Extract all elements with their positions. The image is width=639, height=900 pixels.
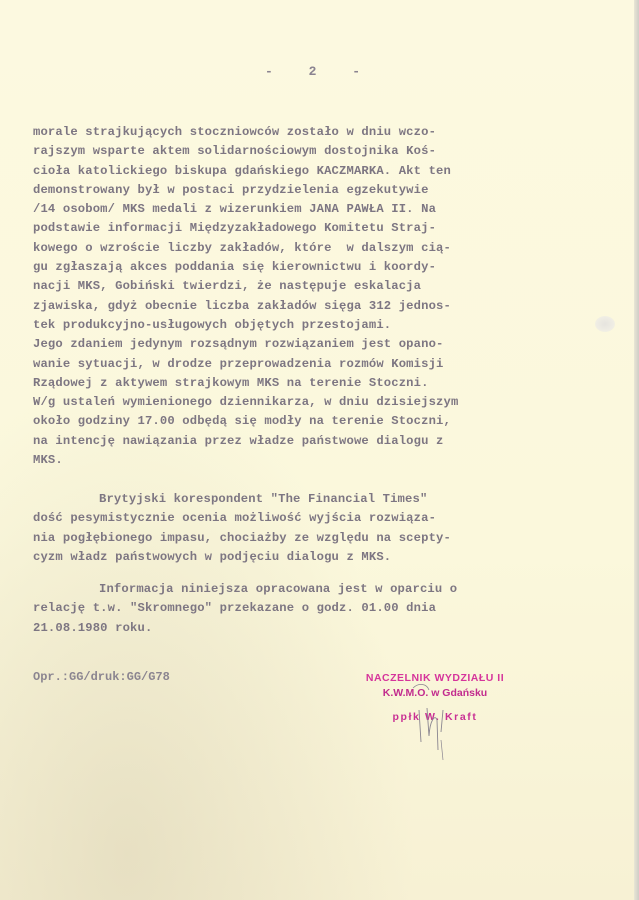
text-line: około godziny 17.00 odbędą się modły na … [33, 412, 458, 431]
text-line: 21.08.1980 roku. [33, 619, 457, 638]
text-line: /14 osobom/ MKS medali z wizerunkiem JAN… [33, 200, 458, 219]
text-line: morale strajkujących stoczniowców został… [33, 123, 458, 142]
text-line: podstawie informacji Międzyzakładowego K… [33, 219, 458, 238]
text-line: cyzm władz państwowych w podjęciu dialog… [33, 548, 451, 567]
text-line: nia pogłębionego impasu, chociażby ze wz… [33, 529, 451, 548]
text-line: kowego o wzroście liczby zakładów, które… [33, 239, 458, 258]
text-line: Rządowej z aktywem strajkowym MKS na ter… [33, 374, 458, 393]
text-line: dość pesymistycznie ocenia możliwość wyj… [33, 509, 451, 528]
text-line: Jego zdaniem jedynym rozsądnym rozwiązan… [33, 335, 458, 354]
text-line: cioła katolickiego biskupa gdańskiego KA… [33, 162, 458, 181]
punch-hole-mark [595, 316, 615, 332]
text-line: na intencję nawiązania przez władze pańs… [33, 432, 458, 451]
paragraph-source-info: Informacja niniejsza opracowana jest w o… [33, 580, 457, 638]
text-line: wanie sytuacji, w drodze przeprowadzenia… [33, 355, 458, 374]
document-reference: Opr.:GG/druk:GG/G78 [33, 670, 170, 684]
text-line: relację t.w. "Skromnego" przekazane o go… [33, 599, 457, 618]
handwritten-signature-icon [405, 680, 465, 760]
text-line: W/g ustaleń wymienionego dziennikarza, w… [33, 393, 458, 412]
text-line: MKS. [33, 451, 458, 470]
text-line: tek produkcyjno-usługowych objętych prze… [33, 316, 458, 335]
page-edge-shadow [634, 0, 639, 900]
text-line: Informacja niniejsza opracowana jest w o… [33, 580, 457, 599]
page-number: - 2 - [0, 64, 639, 79]
text-line: nacji MKS, Gobiński twierdzi, że następu… [33, 277, 458, 296]
paragraph-body-1: morale strajkujących stoczniowców został… [33, 123, 458, 470]
paragraph-financial-times: Brytyjski korespondent "The Financial Ti… [33, 490, 451, 567]
text-line: zjawiska, gdyż obecnie liczba zakładów s… [33, 297, 458, 316]
text-line: demonstrowany był w postaci przydzieleni… [33, 181, 458, 200]
text-line: Brytyjski korespondent "The Financial Ti… [33, 490, 451, 509]
text-line: rajszym wsparte aktem solidarnościowym d… [33, 142, 458, 161]
text-line: gu zgłaszają akces poddania się kierowni… [33, 258, 458, 277]
